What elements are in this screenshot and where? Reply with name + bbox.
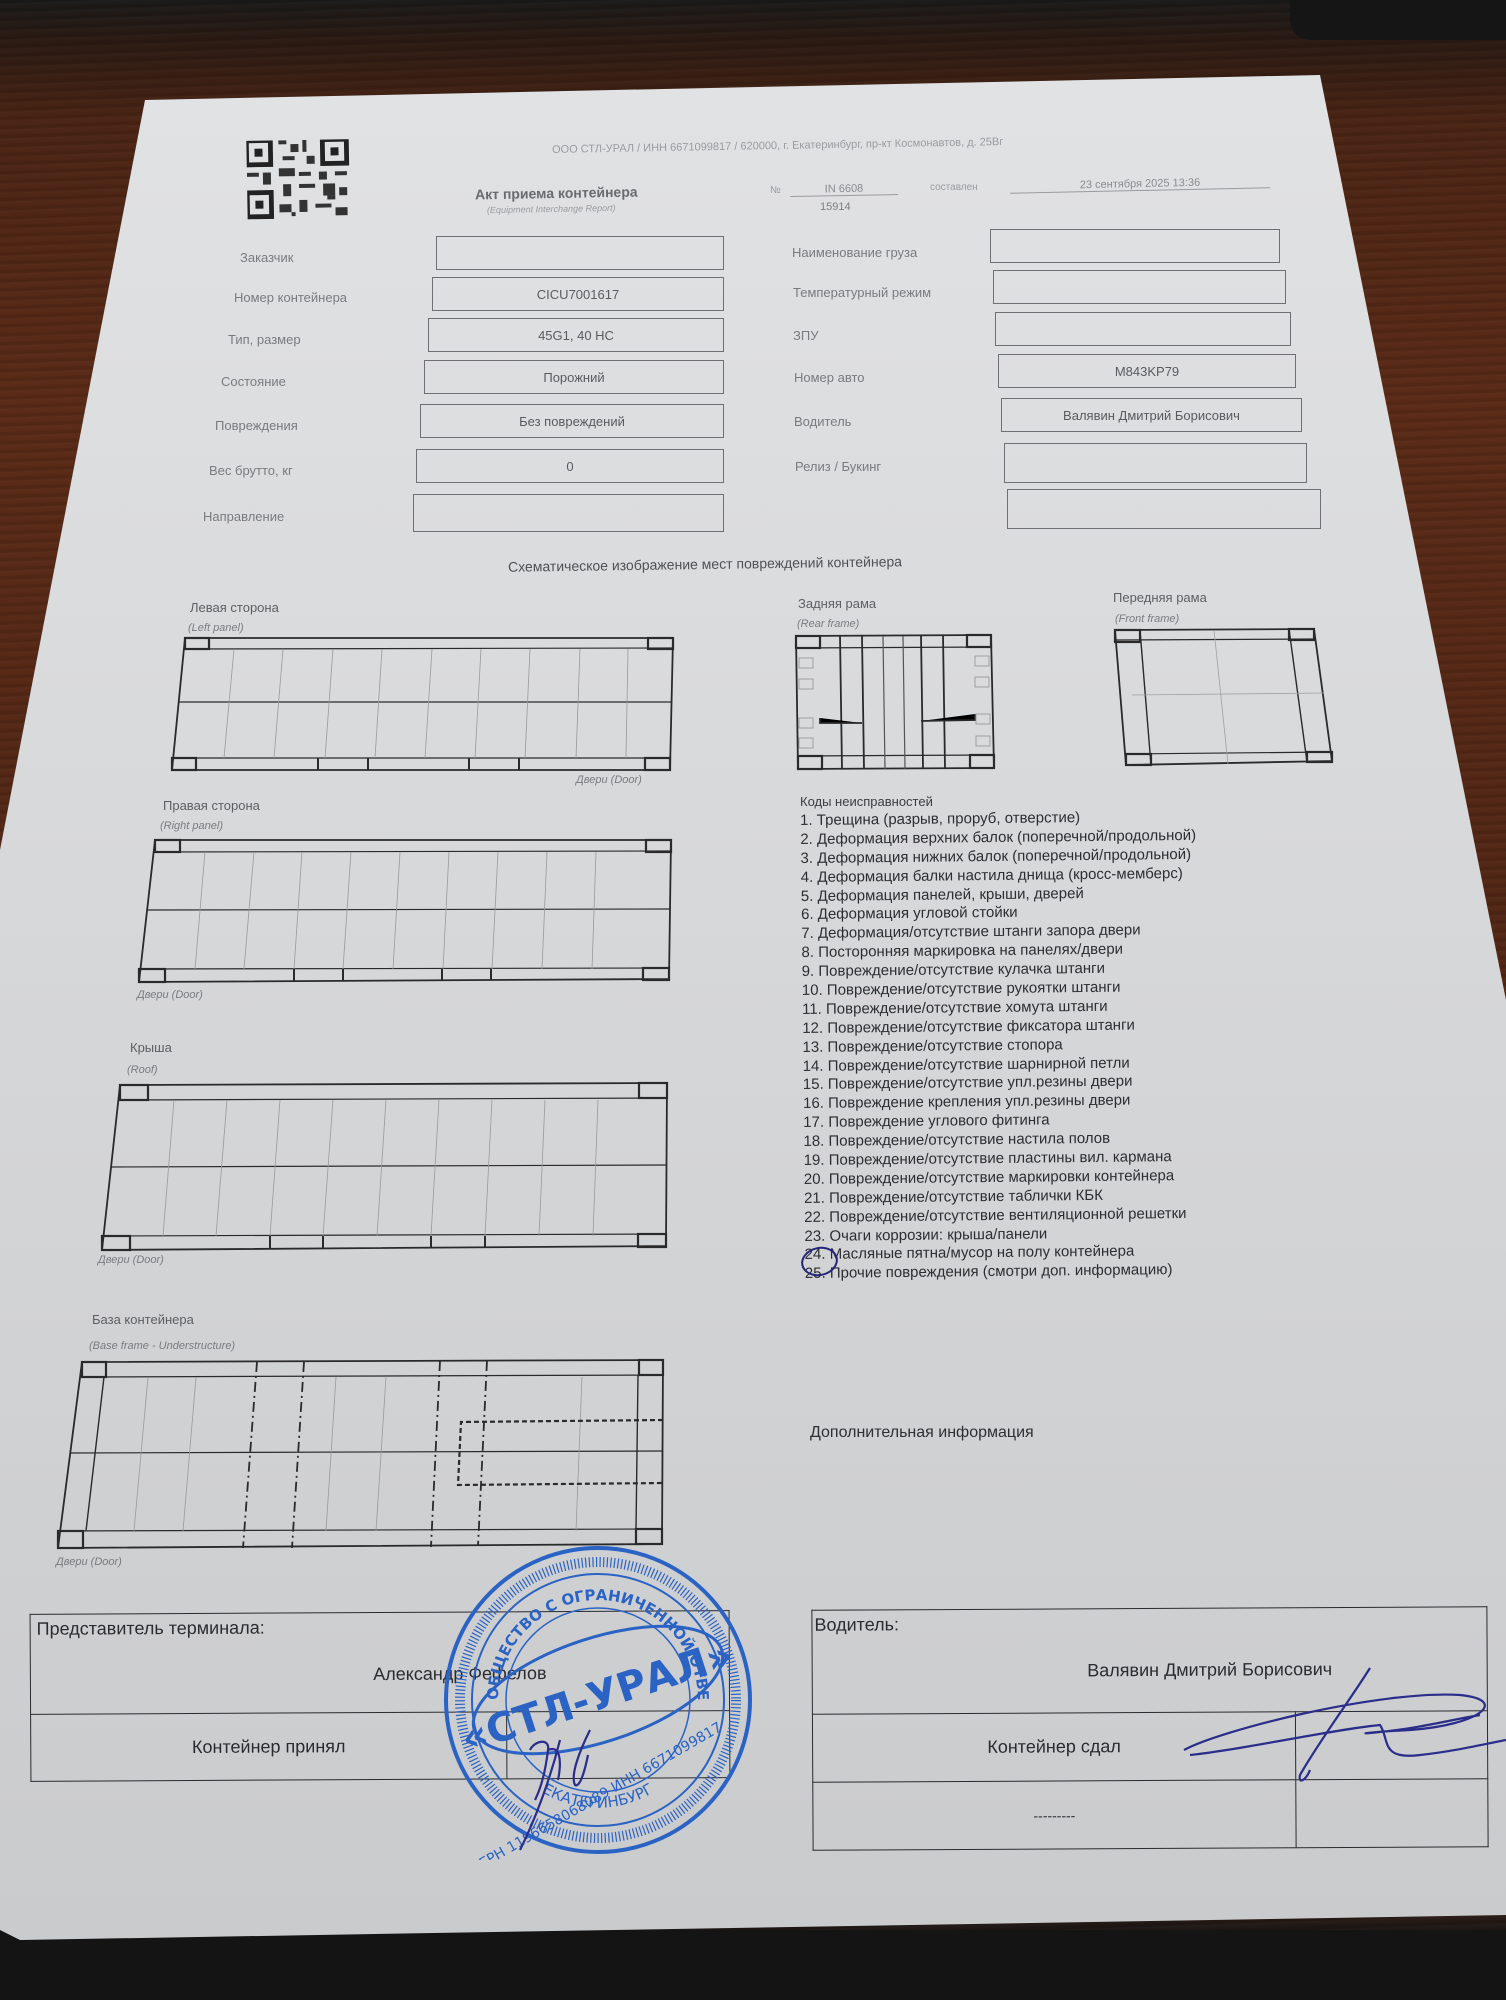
field-label-release-booking: Релиз / Букинг xyxy=(795,459,881,474)
fault-codes-title: Коды неисправностей xyxy=(800,794,933,809)
field-direction[interactable] xyxy=(413,494,724,532)
left-panel-door-label: Двери (Door) xyxy=(576,774,642,786)
fault-codes-list: 1. Трещина (разрыв, проруб, отверстие) 2… xyxy=(800,808,1201,1284)
right-panel-label: Правая сторона xyxy=(163,798,260,813)
field-label-state: Состояние xyxy=(221,374,286,389)
field-label-type-size: Тип, размер xyxy=(228,332,301,347)
driver-extra: --------- xyxy=(813,1780,1296,1851)
roof-sub: (Roof) xyxy=(127,1064,158,1076)
field-extra[interactable] xyxy=(1007,489,1321,529)
field-driver[interactable]: Валявин Дмитрий Борисович xyxy=(1001,398,1302,432)
number-value: IN 6608 xyxy=(790,182,898,197)
made-label: составлен xyxy=(930,182,978,193)
additional-info-label: Дополнительная информация xyxy=(810,1424,1034,1442)
field-damage[interactable]: Без повреждений xyxy=(420,404,724,438)
field-label-seal: ЗПУ xyxy=(793,328,818,343)
left-panel-sub: (Left panel) xyxy=(188,622,244,634)
field-release-booking[interactable] xyxy=(1004,443,1307,483)
number-label: № xyxy=(770,185,781,196)
base-frame-diagram[interactable] xyxy=(56,1360,666,1550)
rear-frame-sub: (Rear frame) xyxy=(797,618,859,630)
front-frame-label: Передняя рама xyxy=(1113,590,1207,605)
base-frame-door-label: Двери (Door) xyxy=(56,1556,122,1568)
base-frame-sub: (Base frame - Understructure) xyxy=(89,1340,235,1352)
field-customer[interactable] xyxy=(436,236,724,270)
roof-door-label: Двери (Door) xyxy=(98,1254,164,1266)
right-panel-door-label: Двери (Door) xyxy=(137,989,203,1001)
field-label-container-number: Номер контейнера xyxy=(234,290,347,305)
field-type-size[interactable]: 45G1, 40 HC xyxy=(428,318,724,352)
field-label-customer: Заказчик xyxy=(240,250,293,265)
field-label-direction: Направление xyxy=(203,509,284,524)
field-cargo-name[interactable] xyxy=(990,229,1280,263)
field-label-damage: Повреждения xyxy=(215,418,298,433)
front-frame-sub: (Front frame) xyxy=(1115,613,1179,625)
driver-label: Водитель: xyxy=(814,1611,1484,1636)
field-seal[interactable] xyxy=(995,312,1291,346)
base-frame-label: База контейнера xyxy=(92,1312,194,1327)
driver-signature-ink xyxy=(1180,1660,1506,1790)
field-temperature[interactable] xyxy=(993,270,1286,304)
left-panel-label: Левая сторона xyxy=(190,600,279,615)
field-state[interactable]: Порожний xyxy=(424,360,724,394)
field-gross-weight[interactable]: 0 xyxy=(416,449,724,483)
right-panel-sub: (Right panel) xyxy=(160,820,223,832)
document-title: Акт приема контейнера xyxy=(475,184,638,203)
field-label-gross-weight: Вес брутто, кг xyxy=(209,463,293,478)
field-label-vehicle-number: Номер авто xyxy=(794,370,865,385)
qr-code-icon xyxy=(246,139,351,221)
terminal-signature-ink xyxy=(500,1720,630,1860)
right-panel-diagram[interactable] xyxy=(137,838,673,984)
roof-label: Крыша xyxy=(130,1040,172,1055)
field-vehicle-number[interactable]: M843KP79 xyxy=(998,354,1296,388)
rear-frame-label: Задняя рама xyxy=(798,596,876,611)
bottom-shadow xyxy=(0,1930,1506,2000)
left-panel-diagram[interactable] xyxy=(170,636,676,774)
field-label-temperature: Температурный режим xyxy=(793,285,931,300)
field-label-cargo-name: Наименование груза xyxy=(792,245,917,260)
roof-diagram[interactable] xyxy=(100,1083,670,1253)
rear-frame-diagram[interactable] xyxy=(795,634,1001,770)
number-sub: 15914 xyxy=(820,201,851,213)
dark-object xyxy=(1290,0,1506,40)
field-container-number[interactable]: CICU7001617 xyxy=(432,277,724,311)
field-label-driver: Водитель xyxy=(794,414,851,429)
front-frame-diagram[interactable] xyxy=(1114,628,1334,768)
terminal-action-label: Контейнер принял xyxy=(31,1712,506,1780)
